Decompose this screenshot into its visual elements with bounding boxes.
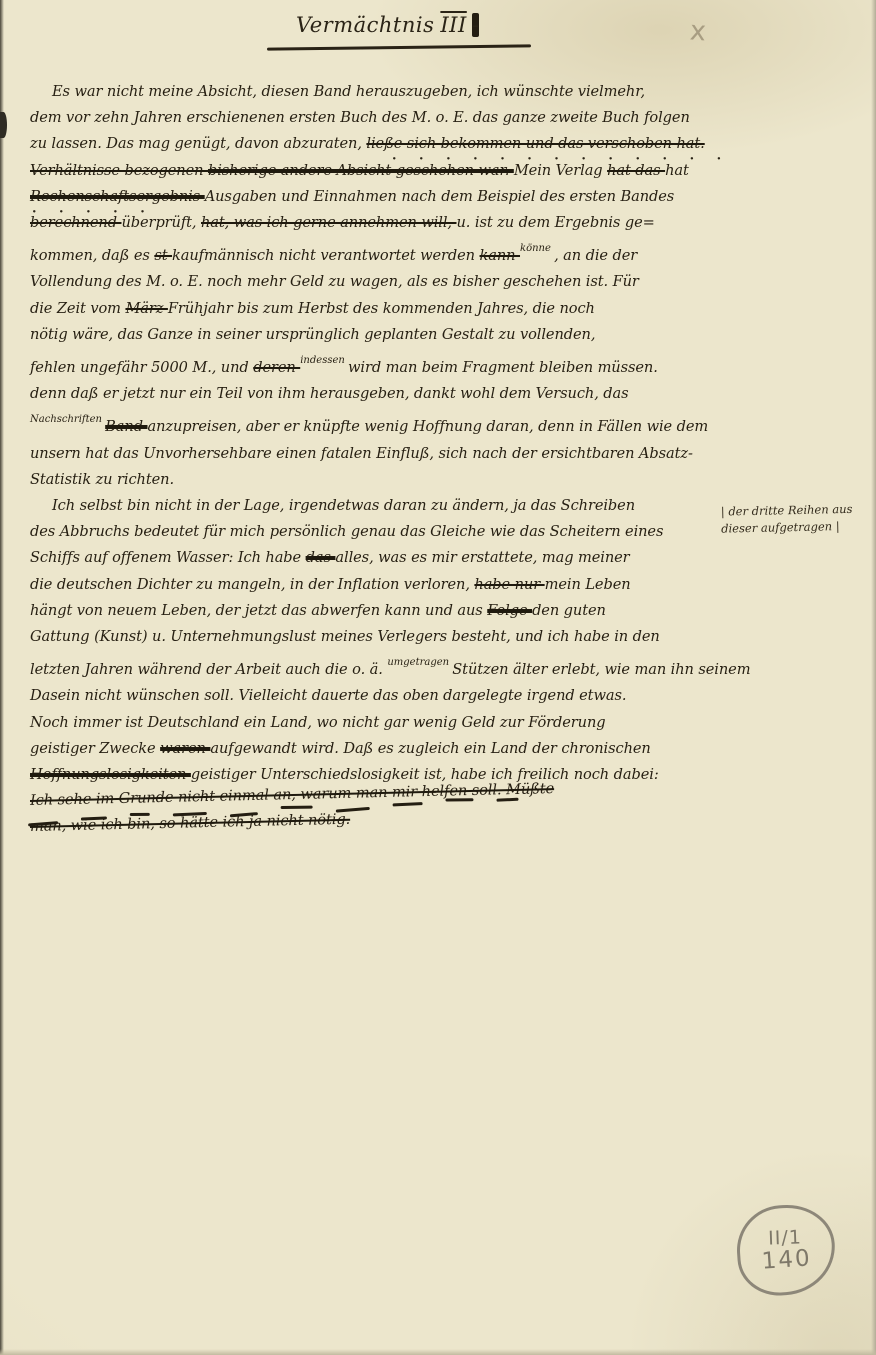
manuscript-line: kommen, daß es st kaufmännisch nicht ver… (30, 236, 698, 269)
manuscript-line: Nachschriften Band anzupreisen, aber er … (30, 407, 698, 440)
struck-text: st (154, 247, 172, 264)
manuscript-line: hängt von neuem Leben, der jetzt das abw… (30, 598, 698, 624)
handwritten-text: anzupreisen, aber er knüpfte wenig Hoffn… (147, 418, 708, 435)
handwritten-text: kaufmännisch nicht verantwortet werden (172, 247, 480, 264)
manuscript-line: Es war nicht meine Absicht, diesen Band … (30, 79, 698, 105)
handwritten-text: des Abbruchs bedeutet für mich persönlic… (30, 523, 663, 540)
handwritten-text: aufgewandt wird. Daß es zugleich ein Lan… (210, 740, 650, 757)
struck-text: das (306, 549, 336, 566)
scan-edge-right (871, 0, 876, 1355)
title-roman-numeral: III (440, 13, 466, 37)
manuscript-line: die deutschen Dichter zu mangeln, in der… (30, 572, 698, 598)
inserted-word: indessen (300, 355, 348, 366)
handwritten-text: Ich selbst bin nicht in der Lage, irgend… (52, 497, 635, 514)
manuscript-line: nötig wäre, das Ganze in seiner ursprüng… (30, 322, 698, 348)
manuscript-line: die Zeit vom März Frühjahr bis zum Herbs… (30, 296, 698, 322)
handwritten-text: Stützen älter erlebt, wie man ihn seinem (452, 661, 750, 678)
struck-text: waren (160, 740, 210, 757)
manuscript-line: denn daß er jetzt nur ein Teil von ihm h… (30, 381, 698, 407)
pencil-x-mark: x (689, 15, 707, 47)
handwritten-text: kommen, daß es (30, 247, 154, 264)
handwritten-text: mein Leben (545, 576, 631, 593)
handwritten-text: Noch immer ist Deutschland ein Land, wo … (30, 714, 606, 731)
manuscript-line: dem vor zehn Jahren erschienenen ersten … (30, 105, 698, 131)
page-title: VermächtnisIII- (296, 13, 479, 37)
inserted-word: Nachschriften (30, 414, 105, 425)
manuscript-line: fehlen ungefähr 5000 M., und deren indes… (30, 348, 698, 381)
handwritten-text: wird man beim Fragment bleiben müssen. (348, 359, 658, 376)
handwritten-text: Frühjahr bis zum Herbst des kommenden Ja… (168, 300, 595, 317)
stamp-page-number: 140 (761, 1245, 813, 1274)
archive-number-stamp: II/1 140 (734, 1202, 838, 1299)
struck-text: Hoffnungslosigkeiten (30, 766, 191, 783)
separator-dash (445, 798, 473, 801)
manuscript-line: Dasein nicht wünschen soll. Vielleicht d… (30, 683, 698, 709)
dotted-revision-line: · · · · · · · · · · · · · (392, 152, 730, 167)
manuscript-line: Vollendung des M. o. E. noch mehr Geld z… (30, 269, 698, 295)
margin-note: | der dritte Reihen aus dieser aufgetrag… (721, 500, 874, 537)
inserted-word: umgetragen (387, 657, 452, 668)
margin-note-line: | der dritte Reihen aus (721, 500, 873, 520)
inserted-word: könne (520, 243, 554, 254)
margin-note-line: dieser aufgetragen | (721, 517, 873, 537)
handwritten-text: denn daß er jetzt nur ein Teil von ihm h… (30, 385, 629, 402)
title-dash: - (472, 13, 480, 37)
struck-text: Folge (487, 602, 532, 619)
manuscript-line: geistiger Zwecke waren aufgewandt wird. … (30, 736, 698, 762)
scan-edge-nick (0, 112, 7, 138)
handwritten-text: Ausgaben und Einnahmen nach dem Beispiel… (205, 188, 674, 205)
dotted-revision-line: · · · · · (32, 205, 154, 220)
handwritten-text: zu lassen. Das mag genügt, davon abzurat… (30, 135, 366, 152)
title-word: Vermächtnis (296, 13, 434, 37)
struck-text: ließe sich bekommen und das verschoben h… (366, 135, 704, 152)
struck-text: deren (253, 359, 300, 376)
handwritten-text: alles, was es mir erstattete, mag meiner (335, 549, 629, 566)
separator-dash (130, 813, 150, 816)
title-underline (267, 44, 531, 50)
handwritten-text: Dasein nicht wünschen soll. Vielleicht d… (30, 687, 626, 704)
handwritten-text: u. ist zu dem Ergebnis ge= (457, 214, 655, 231)
separator-dash (281, 806, 313, 809)
scan-edge-left (0, 0, 4, 1355)
handwritten-text: hängt von neuem Leben, der jetzt das abw… (30, 602, 487, 619)
handwritten-text: Vollendung des M. o. E. noch mehr Geld z… (30, 273, 639, 290)
handwritten-text: dem vor zehn Jahren erschienenen ersten … (30, 109, 690, 126)
handwritten-text: , an die der (554, 247, 637, 264)
struck-text: habe nur (474, 576, 544, 593)
manuscript-line: des Abbruchs bedeutet für mich persönlic… (30, 519, 698, 545)
manuscript-line: unsern hat das Unvorhersehbare einen fat… (30, 441, 698, 467)
struck-text: kann (480, 247, 520, 264)
handwritten-text: unsern hat das Unvorhersehbare einen fat… (30, 445, 693, 462)
manuscript-line: Ich selbst bin nicht in der Lage, irgend… (30, 493, 698, 519)
manuscript-line: Schiffs auf offenem Wasser: Ich habe das… (30, 545, 698, 571)
handwritten-text: fehlen ungefähr 5000 M., und (30, 359, 253, 376)
manuscript-line: Statistik zu richten. (30, 467, 698, 493)
struck-text: März (125, 300, 167, 317)
handwritten-text: den guten (532, 602, 606, 619)
struck-text: hat, was ich gerne annehmen will, (201, 214, 457, 231)
handwritten-text: Es war nicht meine Absicht, diesen Band … (52, 83, 645, 100)
handwritten-text: geistiger Zwecke (30, 740, 160, 757)
manuscript-page: VermächtnisIII- x Es war nicht meine Abs… (0, 0, 876, 1355)
struck-text: Band (105, 418, 147, 435)
manuscript-line: Gattung (Kunst) u. Unternehmungslust mei… (30, 624, 698, 650)
handwritten-text: Statistik zu richten. (30, 471, 174, 488)
text-block: Es war nicht meine Absicht, diesen Band … (30, 79, 698, 841)
handwritten-text: letzten Jahren während der Arbeit auch d… (30, 661, 387, 678)
struck-text: Rechenschaftsergebnis (30, 188, 205, 205)
handwritten-text: die deutschen Dichter zu mangeln, in der… (30, 576, 474, 593)
manuscript-line: letzten Jahren während der Arbeit auch d… (30, 650, 698, 683)
scan-edge-bottom (0, 1349, 876, 1355)
handwritten-text: Schiffs auf offenem Wasser: Ich habe (30, 549, 306, 566)
handwritten-text: nötig wäre, das Ganze in seiner ursprüng… (30, 326, 595, 343)
stamp-volume: II/1 (768, 1226, 802, 1249)
handwritten-text: die Zeit vom (30, 300, 125, 317)
struck-text: Verhältnisse bezogenen (30, 162, 208, 179)
manuscript-line: Noch immer ist Deutschland ein Land, wo … (30, 710, 698, 736)
handwritten-text: Gattung (Kunst) u. Unternehmungslust mei… (30, 628, 660, 645)
